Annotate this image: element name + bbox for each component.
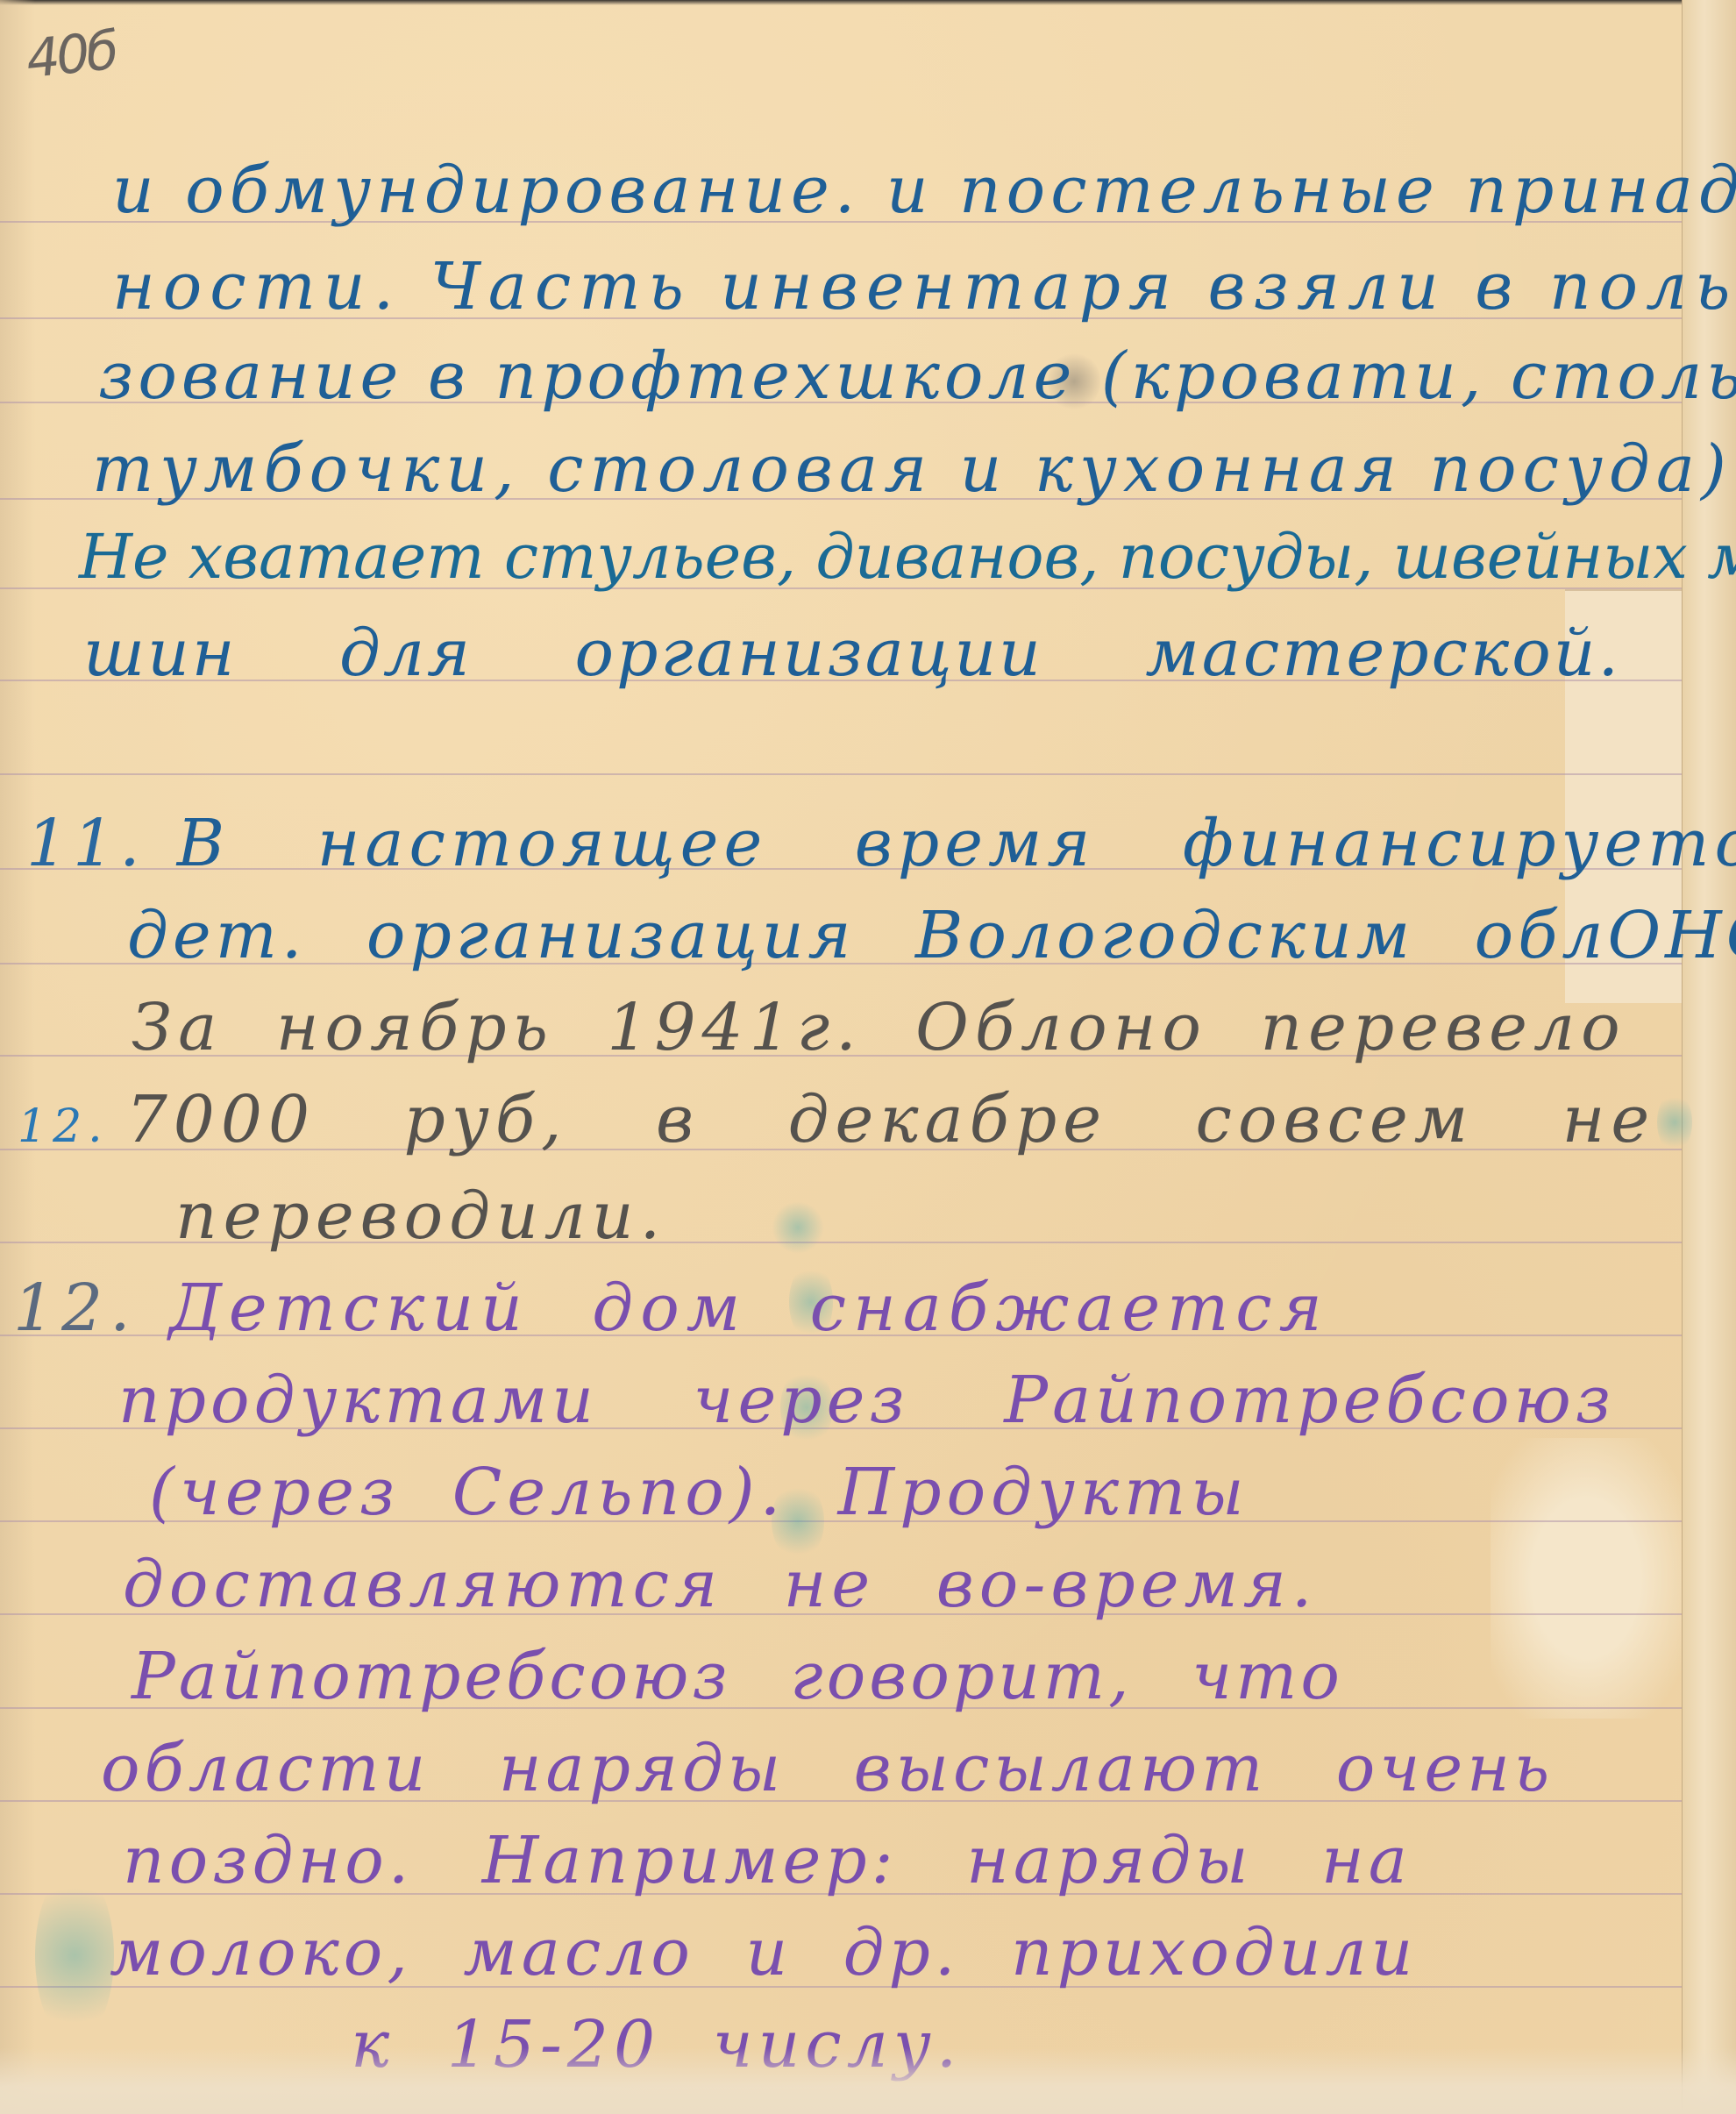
pencil-text-line: переводили. [175,1184,666,1249]
item-number: 12. [13,1276,138,1341]
text-line: молоко, масло и др. приходили [110,1920,1417,1985]
item-number: 11. [26,811,146,876]
text-line: Не хватает стульев, диванов, посуды, шве… [79,526,1736,587]
text-line: зование в профтехшколе (кровати, столы [98,344,1736,409]
ink-blot [1657,1092,1692,1153]
margin-number-overwritten: 12. [18,1104,109,1150]
document-page: 40б и обмундирование. и постельные прина… [0,0,1736,2114]
text-line: В настоящее время финансируется [177,806,1736,881]
ink-blot [35,1868,114,2043]
text-line: дет. организация Вологодским облОНО. [127,903,1736,968]
text-line: продуктами через Райпотребсоюз [118,1368,1615,1433]
paper-stain [1491,1438,1682,1719]
text-line: доставляются не во-время. [123,1552,1317,1617]
text-line: (через Сельпо). Продукты [149,1460,1249,1525]
pencil-text-line: За ноябрь 1941г. Облоно перевело [132,995,1626,1060]
page-bottom-edge [0,2047,1736,2114]
ink-blot [772,1201,824,1254]
text-line: 7000 руб, в декабре совсем не [126,1082,1656,1157]
text-line: Детский дом снабжается [169,1271,1329,1346]
text-line: шин для организации мастерской. [83,621,1621,686]
scan-top-edge [0,0,1736,5]
text-line: Райпотребсоюз говорит, что [132,1644,1343,1709]
text-line: ности. Часть инвентаря взяли в поль- [112,254,1736,319]
ruled-line [0,773,1682,775]
text-line: и обмундирование. и постельные принадлеж… [112,158,1736,223]
text-line: поздно. Например: наряды на [123,1828,1412,1893]
item-12-first-line: 12.Детский дом снабжается [13,1276,1329,1341]
text-line: тумбочки, столовая и кухонная посуда). [92,437,1736,502]
pencil-text-line-with-margin-number: 12.7000 руб, в декабре совсем не [18,1087,1655,1152]
text-line: области наряды высылают очень [101,1736,1554,1801]
item-11-first-line: 11.В настоящее время финансируется [26,811,1736,876]
archive-page-number: 40б [24,20,118,90]
